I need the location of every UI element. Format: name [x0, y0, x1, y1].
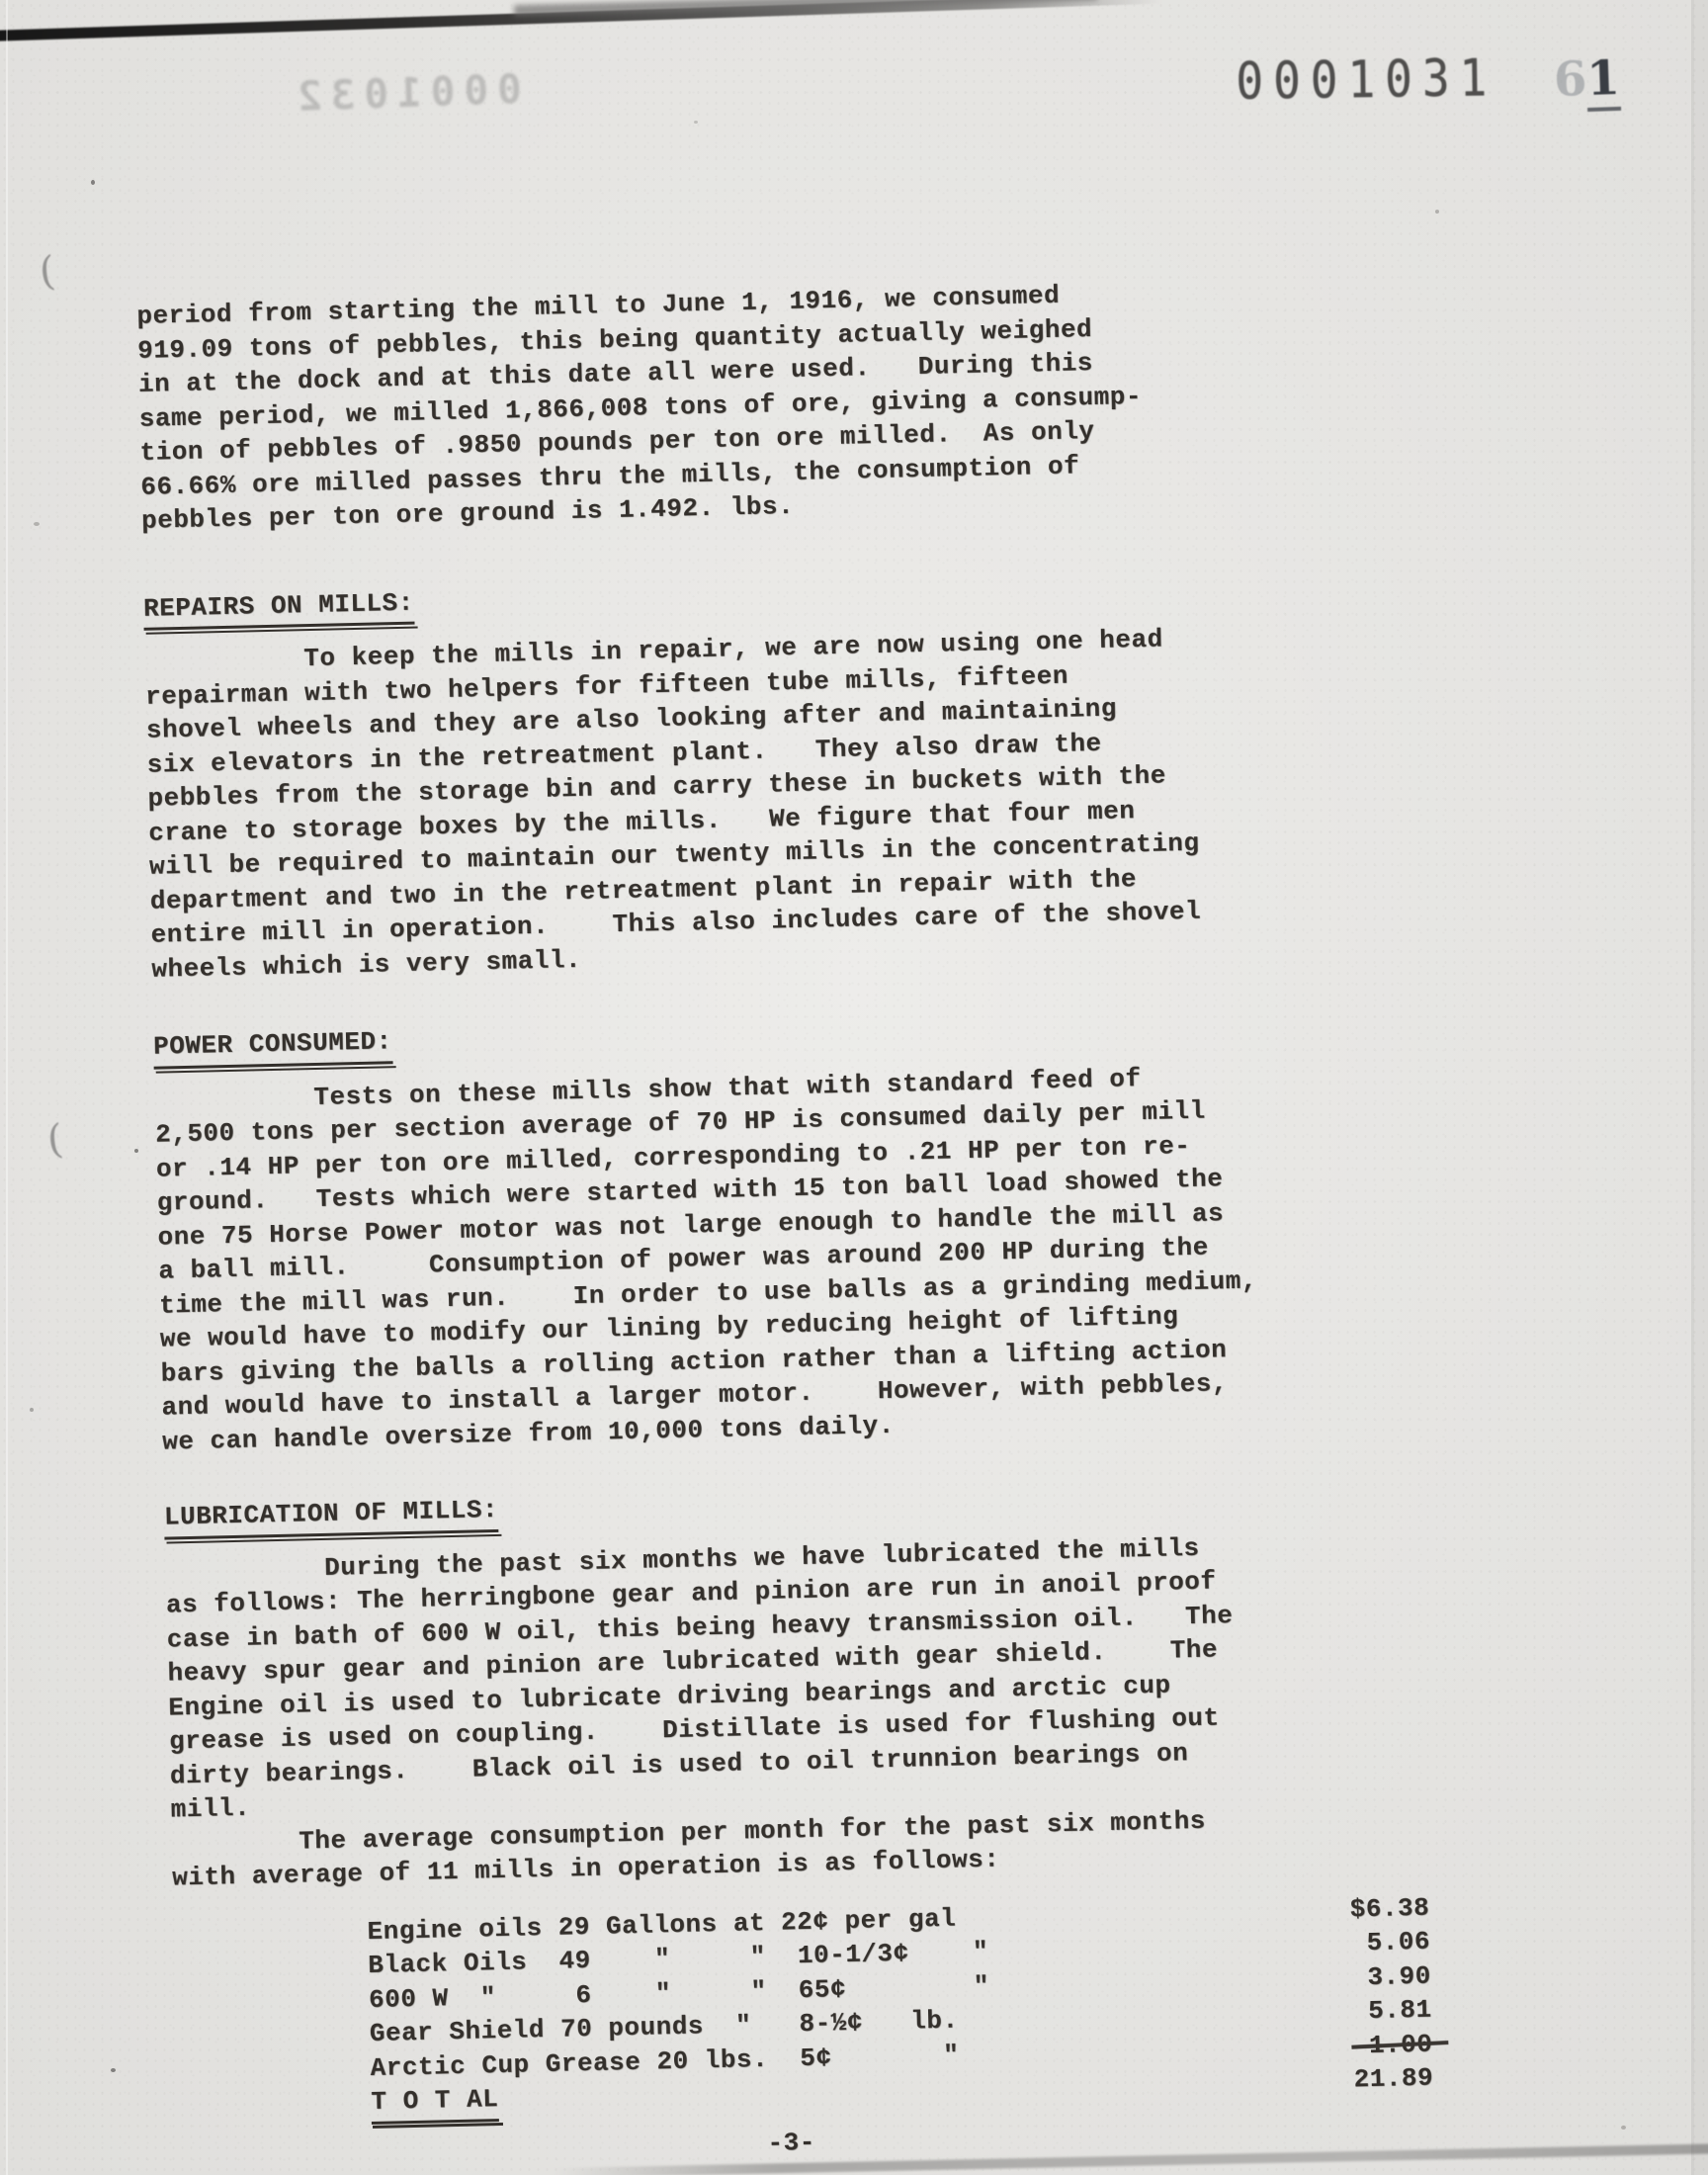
scanned-document-page: 0001032 0001031 61 ( ( period from start… — [0, 0, 1708, 2175]
secondary-page-stamp: 61 — [1553, 50, 1621, 108]
section-heading-text: REPAIRS ON MILLS: — [143, 585, 415, 631]
amount-cell: $6.38 — [1349, 1890, 1429, 1926]
item-cell: T O T AL — [371, 2082, 499, 2124]
amount-cell: 3.90 — [1367, 1958, 1431, 1994]
pencil-mark-paren-top: ( — [38, 248, 57, 295]
secondary-stamp-faint-digit: 6 — [1553, 51, 1587, 108]
repairs-paragraph: To keep the mills in repair, we are now … — [144, 616, 1471, 987]
paper-speck — [134, 1149, 138, 1153]
paper-speck — [30, 1408, 34, 1412]
lubrication-paragraph: During the past six months we have lubri… — [165, 1524, 1492, 1895]
paper-right-shade — [1694, 0, 1708, 2175]
intro-paragraph: period from starting the mill to June 1,… — [136, 270, 1461, 539]
amount-cell: 1.00 — [1369, 2027, 1433, 2062]
section-heading-text: LUBRICATION OF MILLS: — [164, 1493, 499, 1539]
amount-cell: 5.81 — [1368, 1993, 1432, 2029]
amount-cell: 5.06 — [1366, 1925, 1430, 1960]
typewritten-body: period from starting the mill to June 1,… — [136, 270, 1498, 2174]
consumption-table: Engine oils 29 Gallons at 22¢ per gal$6.… — [367, 1890, 1433, 2119]
paper-speck — [111, 2068, 116, 2072]
paper-speck — [34, 522, 40, 526]
section-heading-text: POWER CONSUMED: — [153, 1024, 392, 1069]
paper-speck — [91, 180, 95, 185]
amount-cell: 21.89 — [1353, 2061, 1433, 2097]
paper-speck — [694, 121, 698, 124]
paper-left-edge — [6, 0, 8, 2175]
power-paragraph: Tests on these mills show that with stan… — [154, 1054, 1482, 1459]
paper-speck — [1621, 2126, 1626, 2130]
secondary-stamp-dark-digit: 1 — [1585, 50, 1621, 112]
document-stamp-number: 0001031 — [1236, 47, 1497, 111]
paper-speck — [1435, 210, 1439, 214]
bleedthrough-number: 0001032 — [288, 65, 522, 121]
pencil-mark-paren-mid: ( — [45, 1116, 65, 1163]
